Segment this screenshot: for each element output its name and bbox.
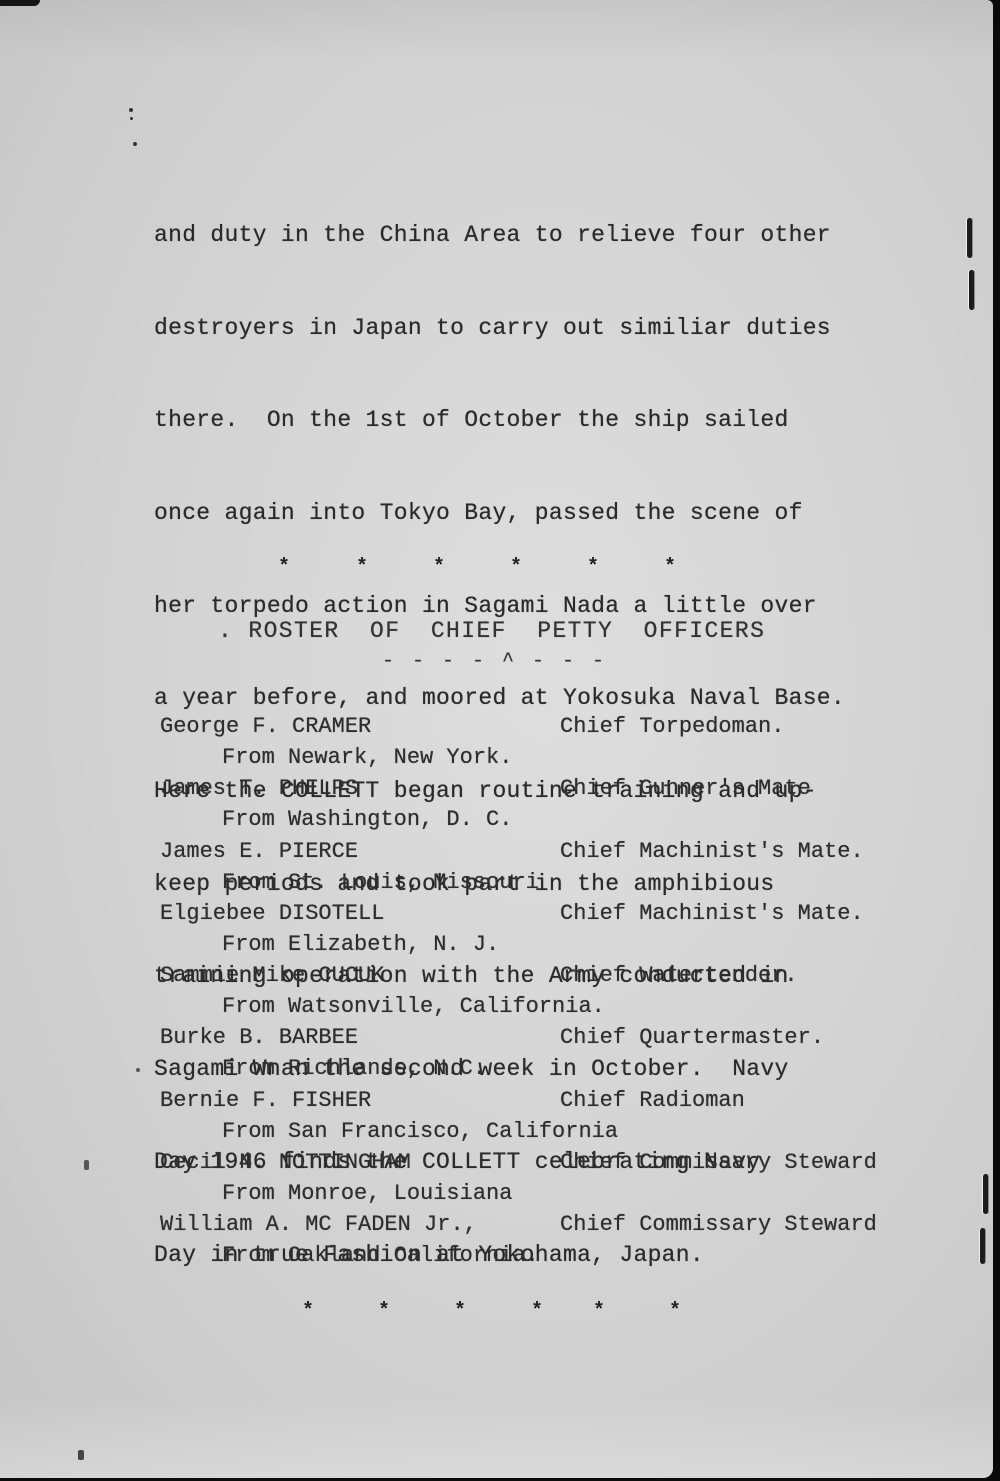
staple-mark <box>983 1174 988 1214</box>
asterisk-icon: * <box>531 1300 543 1323</box>
roster-title: . ROSTER OF CHIEF PETTY OFFICERS <box>218 618 765 644</box>
asterisk-icon: * <box>302 1300 314 1323</box>
officer-hometown: From Watsonville, California. <box>222 994 605 1019</box>
asterisk-icon: * <box>278 556 290 579</box>
officer-rating: Chief Machinist's Mate. <box>560 901 864 926</box>
roster-list: George F. CRAMER Chief Torpedoman. From … <box>160 714 950 1275</box>
officer-name: Elgiebee DISOTELL <box>160 901 384 926</box>
officer-name: Sammie Mike CUCUK <box>160 963 384 988</box>
paper-speck <box>129 108 133 112</box>
asterisk-icon: * <box>669 1300 681 1323</box>
asterisk-icon: * <box>664 556 676 579</box>
staple-mark <box>967 218 972 258</box>
scan-border <box>993 0 1000 1481</box>
roster-entry: George F. CRAMER Chief Torpedoman. From … <box>160 714 950 776</box>
roster-entry: William A. MC FADEN Jr., Chief Commissar… <box>160 1212 950 1274</box>
officer-hometown: From Oakland California. <box>222 1243 539 1268</box>
asterisk-icon: * <box>587 556 599 579</box>
officer-name: James E. PIERCE <box>160 839 358 864</box>
officer-hometown: From Newark, New York. <box>222 745 512 770</box>
officer-rating: Chief Machinist's Mate. <box>560 839 864 864</box>
typewritten-page: and duty in the China Area to relieve fo… <box>0 0 993 1478</box>
officer-hometown: From Richlands, N.C. <box>222 1056 486 1081</box>
paper-speck <box>136 1068 140 1072</box>
roster-entry: Sammie Mike CUCUK Chief Watertender. Fro… <box>160 963 950 1025</box>
staple-mark <box>969 270 974 310</box>
asterisk-icon: * <box>593 1300 605 1323</box>
officer-name: William A. MC FADEN Jr., <box>160 1212 477 1237</box>
paper-speck <box>78 1450 84 1460</box>
officer-rating: Chief Watertender. <box>560 963 798 988</box>
asterisk-icon: * <box>510 556 522 579</box>
officer-rating: Chief Commissary Steward <box>560 1150 877 1175</box>
officer-name: James T. PHELPS <box>160 776 358 801</box>
officer-rating: Chief Quartermaster. <box>560 1025 824 1050</box>
paper-speck <box>130 117 133 120</box>
asterisk-icon: * <box>454 1300 466 1323</box>
staple-mark <box>980 1228 985 1264</box>
paragraph-line: destroyers in Japan to carry out similia… <box>154 313 845 344</box>
paragraph-line: once again into Tokyo Bay, passed the sc… <box>154 498 845 529</box>
title-underline: - - - - ^ - - - <box>382 650 607 673</box>
officer-name: George F. CRAMER <box>160 714 371 739</box>
officer-rating: Chief Torpedoman. <box>560 714 784 739</box>
paper-speck <box>84 1160 89 1170</box>
officer-rating: Chief Gunner's Mate <box>560 776 811 801</box>
officer-rating: Chief Radioman <box>560 1088 745 1113</box>
paper-speck <box>133 142 137 146</box>
officer-name: Cecil N. NOTTINGHAM <box>160 1150 411 1175</box>
paragraph-line: a year before, and moored at Yokosuka Na… <box>154 683 845 714</box>
roster-entry: James E. PIERCE Chief Machinist's Mate. … <box>160 839 950 901</box>
officer-hometown: From Monroe, Louisiana <box>222 1181 512 1206</box>
roster-entry: Elgiebee DISOTELL Chief Machinist's Mate… <box>160 901 950 963</box>
closing-star-separator: * * * * * * <box>0 1300 993 1324</box>
officer-hometown: From St. Louis, Missouri <box>222 870 539 895</box>
officer-hometown: From Elizabeth, N. J. <box>222 932 499 957</box>
asterisk-icon: * <box>433 556 445 579</box>
officer-name: Burke B. BARBEE <box>160 1025 358 1050</box>
paragraph-line: her torpedo action in Sagami Nada a litt… <box>154 591 845 622</box>
scan-corner-shadow <box>0 0 40 6</box>
paragraph-line: and duty in the China Area to relieve fo… <box>154 220 845 251</box>
paragraph-line: there. On the 1st of October the ship sa… <box>154 405 845 436</box>
roster-entry: Cecil N. NOTTINGHAM Chief Commissary Ste… <box>160 1150 950 1212</box>
officer-rating: Chief Commissary Steward <box>560 1212 877 1237</box>
officer-hometown: From San Francisco, California <box>222 1119 618 1144</box>
star-separator: * * * * * * <box>0 556 993 580</box>
roster-entry: James T. PHELPS Chief Gunner's Mate From… <box>160 776 950 838</box>
roster-entry: Burke B. BARBEE Chief Quartermaster. Fro… <box>160 1025 950 1087</box>
asterisk-icon: * <box>356 556 368 579</box>
officer-name: Bernie F. FISHER <box>160 1088 371 1113</box>
asterisk-icon: * <box>378 1300 390 1323</box>
officer-hometown: From Washington, D. C. <box>222 807 512 832</box>
roster-entry: Bernie F. FISHER Chief Radioman From San… <box>160 1088 950 1150</box>
